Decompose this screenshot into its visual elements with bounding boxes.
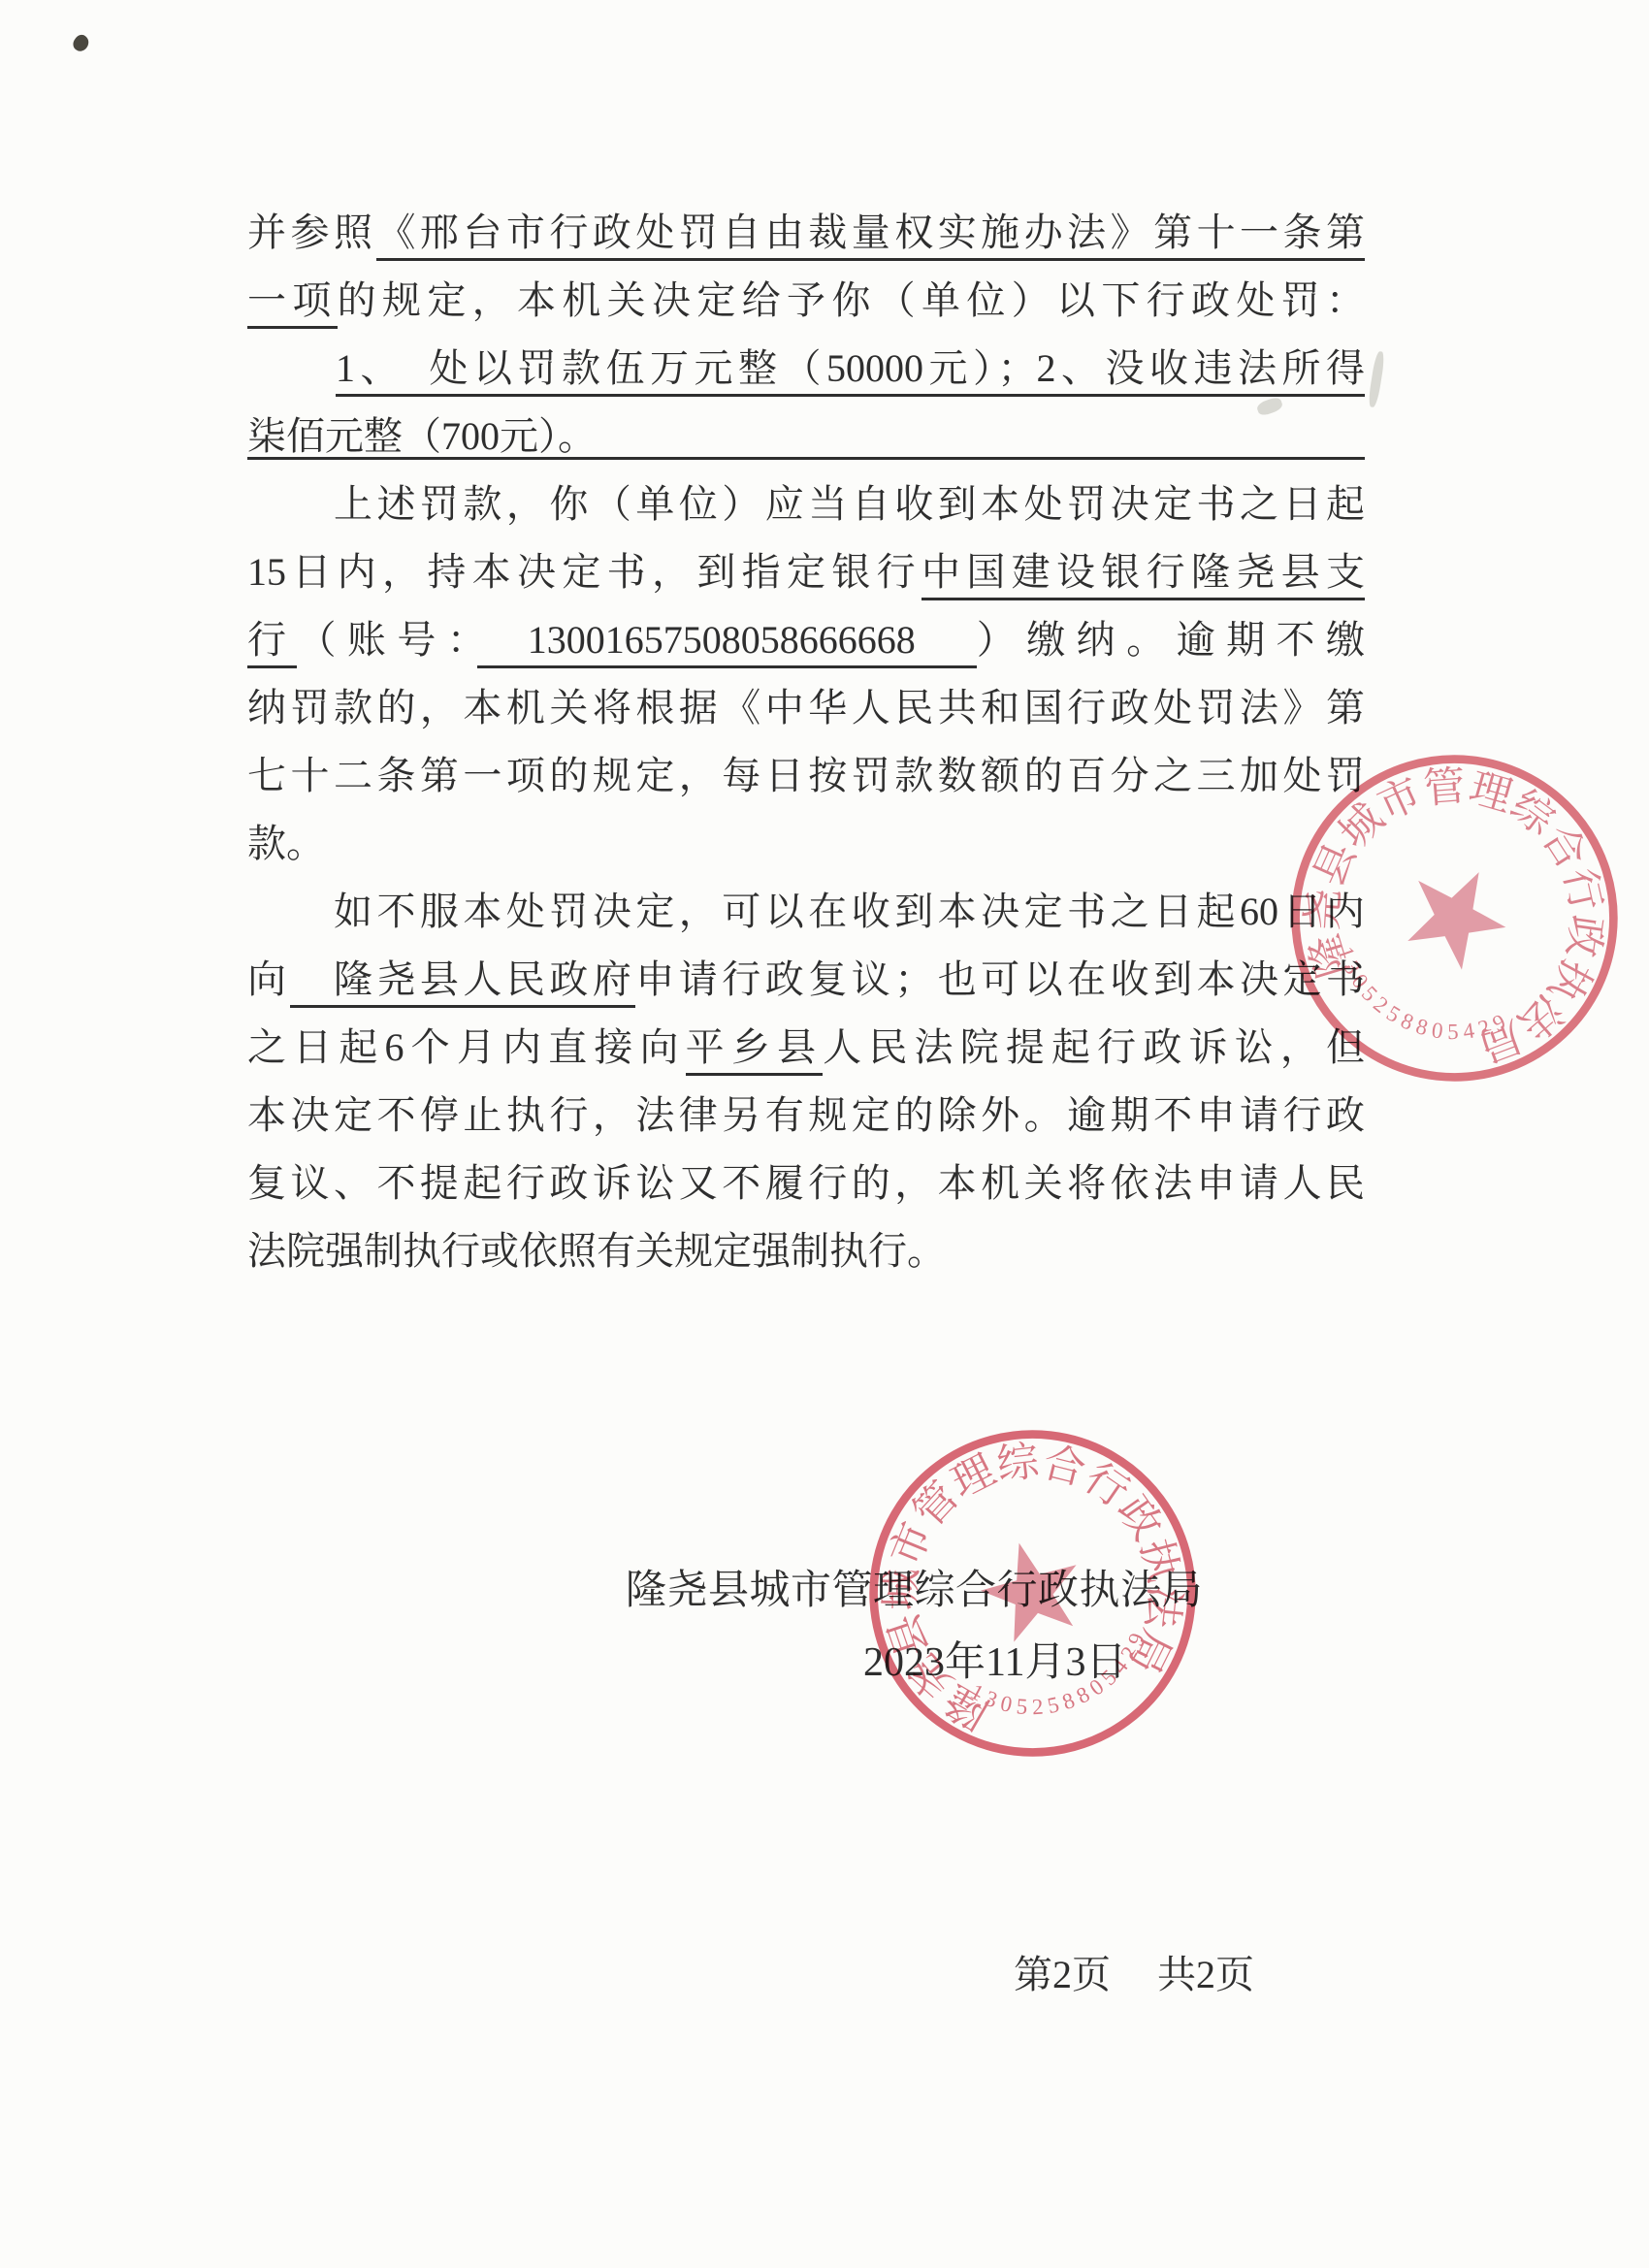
text-segment-underlined: 隆尧县人民政府 xyxy=(290,957,635,1008)
text-line: 1、 处以罚款伍万元整（50000元）；2、没收违法所得 xyxy=(247,335,1365,403)
scan-smudge xyxy=(1368,351,1386,408)
text-segment-underlined: 行 xyxy=(247,618,297,668)
text-segment: 并参照 xyxy=(247,211,376,254)
text-segment: 如不服本处罚决定，可以在收到本决定书之日起60日内 xyxy=(247,890,1365,933)
text-segment: 款。 xyxy=(247,822,325,865)
text-line: 行（账号： 13001657508058666668 ）缴纳。逾期不缴 xyxy=(247,606,1365,674)
text-line: 上述罚款，你（单位）应当自收到本处罚决定书之日起 xyxy=(247,470,1365,538)
text-line: 本决定不停止执行，法律另有规定的除外。逾期不申请行政 xyxy=(247,1082,1365,1150)
text-segment: 之日起6个月内直接向 xyxy=(247,1025,686,1069)
text-line: 一项的规定，本机关决定给予你（单位）以下行政处罚： xyxy=(247,267,1365,335)
text-segment: 纳罚款的，本机关将根据《中华人民共和国行政处罚法》第 xyxy=(247,686,1365,729)
text-segment-underlined: 《邢台市行政处罚自由裁量权实施办法》第十一条第 xyxy=(376,211,1365,261)
text-segment: 人民法院提起行政诉讼，但 xyxy=(823,1025,1365,1069)
text-line: 向 隆尧县人民政府申请行政复议；也可以在收到本决定书 xyxy=(247,946,1365,1014)
text-segment: 法院强制执行或依照有关规定强制执行。 xyxy=(247,1229,946,1273)
text-line: 法院强制执行或依照有关规定强制执行。 xyxy=(247,1217,1365,1285)
text-line: 柒佰元整（700元）。 xyxy=(247,403,1365,470)
text-segment: 15日内，持本决定书，到指定银行 xyxy=(247,550,921,594)
text-segment-underlined: 中国建设银行隆尧县支 xyxy=(921,550,1365,600)
text-line: 复议、不提起行政诉讼又不履行的，本机关将依法申请人民 xyxy=(247,1150,1365,1217)
text-line: 如不服本处罚决定，可以在收到本决定书之日起60日内 xyxy=(247,878,1365,946)
account-number: 13001657508058666668 xyxy=(477,618,976,668)
text-segment: 上述罚款，你（单位）应当自收到本处罚决定书之日起 xyxy=(247,482,1365,526)
text-line: 七十二条第一项的规定，每日按罚款数额的百分之三加处罚 xyxy=(247,742,1365,810)
signature-date: 2023年11月3日 xyxy=(863,1639,1126,1686)
signature-agency: 隆尧县城市管理综合行政执法局 xyxy=(626,1568,1203,1614)
text-line: 并参照《邢台市行政处罚自由裁量权实施办法》第十一条第 xyxy=(247,199,1365,267)
document-page: 并参照《邢台市行政处罚自由裁量权实施办法》第十一条第 一项的规定，本机关决定给予… xyxy=(0,0,1649,2268)
text-segment: 七十二条第一项的规定，每日按罚款数额的百分之三加处罚 xyxy=(247,754,1365,797)
text-segment: 向 xyxy=(247,957,290,1001)
text-line: 之日起6个月内直接向平乡县人民法院提起行政诉讼，但 xyxy=(247,1014,1365,1082)
text-segment: 复议、不提起行政诉讼又不履行的，本机关将依法申请人民 xyxy=(247,1161,1365,1205)
text-segment: （账号： xyxy=(297,618,477,662)
text-line: 纳罚款的，本机关将根据《中华人民共和国行政处罚法》第 xyxy=(247,674,1365,742)
text-line: 15日内，持本决定书，到指定银行中国建设银行隆尧县支 xyxy=(247,538,1365,606)
page-total: 共2页 xyxy=(1157,1953,1254,1996)
document-body: 并参照《邢台市行政处罚自由裁量权实施办法》第十一条第 一项的规定，本机关决定给予… xyxy=(247,199,1365,1285)
text-segment: 的规定，本机关决定给予你（单位）以下行政处罚： xyxy=(338,278,1365,322)
text-segment-underlined: 1、 处以罚款伍万元整（50000元）；2、没收违法所得 xyxy=(336,346,1365,397)
text-segment: 柒佰元整（700元）。 xyxy=(247,414,597,458)
page-footer: 第2页共2页 xyxy=(1014,1952,1254,1998)
text-segment-underlined: 平乡县 xyxy=(686,1025,824,1076)
text-segment: 本决定不停止执行，法律另有规定的除外。逾期不申请行政 xyxy=(247,1093,1365,1137)
text-segment-underlined: 一项 xyxy=(247,278,338,329)
text-segment xyxy=(247,346,336,390)
text-segment: 申请行政复议；也可以在收到本决定书 xyxy=(635,957,1365,1001)
ink-speck xyxy=(70,32,91,54)
text-line: 款。 xyxy=(247,810,1365,878)
text-segment: ）缴纳。逾期不缴 xyxy=(977,618,1365,662)
page-number: 第2页 xyxy=(1014,1952,1111,1998)
star-icon xyxy=(1391,849,1523,979)
